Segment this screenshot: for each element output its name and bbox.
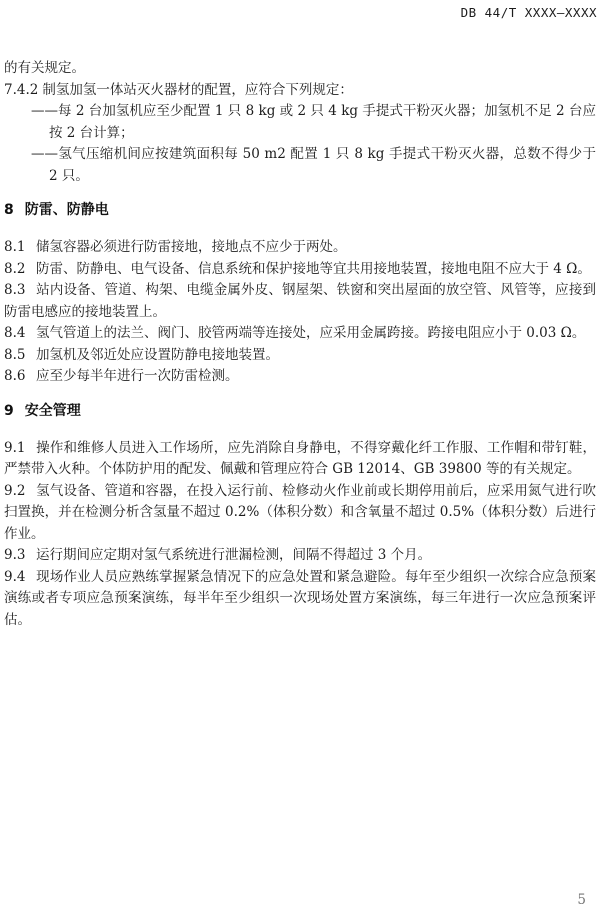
clause-8-4: 8.4氢气管道上的法兰、阀门、胶管两端等连接处，应采用金属跨接。跨接电阻应小于 …: [4, 323, 596, 345]
clause-8-6: 8.6应至少每半年进行一次防雷检测。: [4, 366, 596, 388]
clause-number: 9.1: [4, 438, 32, 460]
clause-number: 9.3: [4, 545, 32, 567]
dash-list-item-1: ——每 2 台加氢机应至少配置 1 只 8 kg 或 2 只 4 kg 手提式干…: [4, 101, 596, 144]
clause-number: 8.2: [4, 259, 32, 281]
clause-8-2: 8.2防雷、防静电、电气设备、信息系统和保护接地等宜共用接地装置，接地电阻不应大…: [4, 259, 596, 281]
page-number: 5: [577, 892, 586, 908]
clause-7-4-2: 7.4.2制氢加氢一体站灭火器材的配置，应符合下列规定：: [4, 80, 596, 102]
clause-text: 操作和维修人员进入工作场所，应先消除自身静电，不得穿戴化纤工作服、工作帽和带钉鞋…: [4, 440, 596, 478]
clause-number: 8.6: [4, 366, 32, 388]
clause-text: 现场作业人员应熟练掌握紧急情况下的应急处置和紧急避险。每年至少组织一次综合应急预…: [4, 569, 596, 628]
clause-text: 氢气设备、管道和容器，在投入运行前、检修动火作业前或长期停用前后，应采用氮气进行…: [4, 483, 596, 542]
clause-text: 氢气管道上的法兰、阀门、胶管两端等连接处，应采用金属跨接。跨接电阻应小于 0.0…: [36, 325, 585, 341]
clause-number: 9.4: [4, 567, 32, 589]
section-8-heading: 8防雷、防静电: [4, 199, 596, 221]
paragraph-continuation: 的有关规定。: [4, 58, 596, 80]
section-number: 9: [4, 403, 14, 419]
clause-9-2: 9.2氢气设备、管道和容器，在投入运行前、检修动火作业前或长期停用前后，应采用氮…: [4, 481, 596, 546]
clause-number: 8.3: [4, 280, 32, 302]
section-title: 防雷、防静电: [25, 202, 109, 218]
clause-text: 制氢加氢一体站灭火器材的配置，应符合下列规定：: [42, 82, 353, 98]
section-title: 安全管理: [25, 403, 81, 419]
clause-9-1: 9.1操作和维修人员进入工作场所，应先消除自身静电，不得穿戴化纤工作服、工作帽和…: [4, 438, 596, 481]
clause-number: 8.4: [4, 323, 32, 345]
section-number: 8: [4, 202, 14, 218]
section-9-heading: 9安全管理: [4, 400, 596, 422]
clause-number: 7.4.2: [4, 80, 38, 102]
clause-8-3: 8.3站内设备、管道、构架、电缆金属外皮、钢屋架、铁窗和突出屋面的放空管、风管等…: [4, 280, 596, 323]
dash-list-item-2: ——氢气压缩机间应按建筑面积每 50 m2 配置 1 只 8 kg 手提式干粉灭…: [4, 144, 596, 187]
clause-8-1: 8.1储氢容器必须进行防雷接地，接地点不应少于两处。: [4, 237, 596, 259]
clause-text: 运行期间应定期对氢气系统进行泄漏检测，间隔不得超过 3 个月。: [36, 547, 431, 563]
clause-text: 应至少每半年进行一次防雷检测。: [36, 368, 239, 384]
clause-text: 站内设备、管道、构架、电缆金属外皮、钢屋架、铁窗和突出屋面的放空管、风管等，应接…: [4, 282, 596, 320]
clause-9-3: 9.3运行期间应定期对氢气系统进行泄漏检测，间隔不得超过 3 个月。: [4, 545, 596, 567]
clause-text: 加氢机及邻近处应设置防静电接地装置。: [36, 347, 279, 363]
clause-number: 8.1: [4, 237, 32, 259]
clause-number: 9.2: [4, 481, 32, 503]
clause-number: 8.5: [4, 345, 32, 367]
clause-text: 防雷、防静电、电气设备、信息系统和保护接地等宜共用接地装置，接地电阻不应大于 4…: [36, 261, 591, 277]
document-page: DB 44/T XXXX—XXXX 的有关规定。 7.4.2制氢加氢一体站灭火器…: [0, 0, 600, 910]
clause-9-4: 9.4现场作业人员应熟练掌握紧急情况下的应急处置和紧急避险。每年至少组织一次综合…: [4, 567, 596, 632]
running-header-doc-code: DB 44/T XXXX—XXXX: [461, 5, 597, 20]
document-body: 的有关规定。 7.4.2制氢加氢一体站灭火器材的配置，应符合下列规定： ——每 …: [4, 58, 596, 631]
clause-8-5: 8.5加氢机及邻近处应设置防静电接地装置。: [4, 345, 596, 367]
clause-text: 储氢容器必须进行防雷接地，接地点不应少于两处。: [36, 239, 347, 255]
